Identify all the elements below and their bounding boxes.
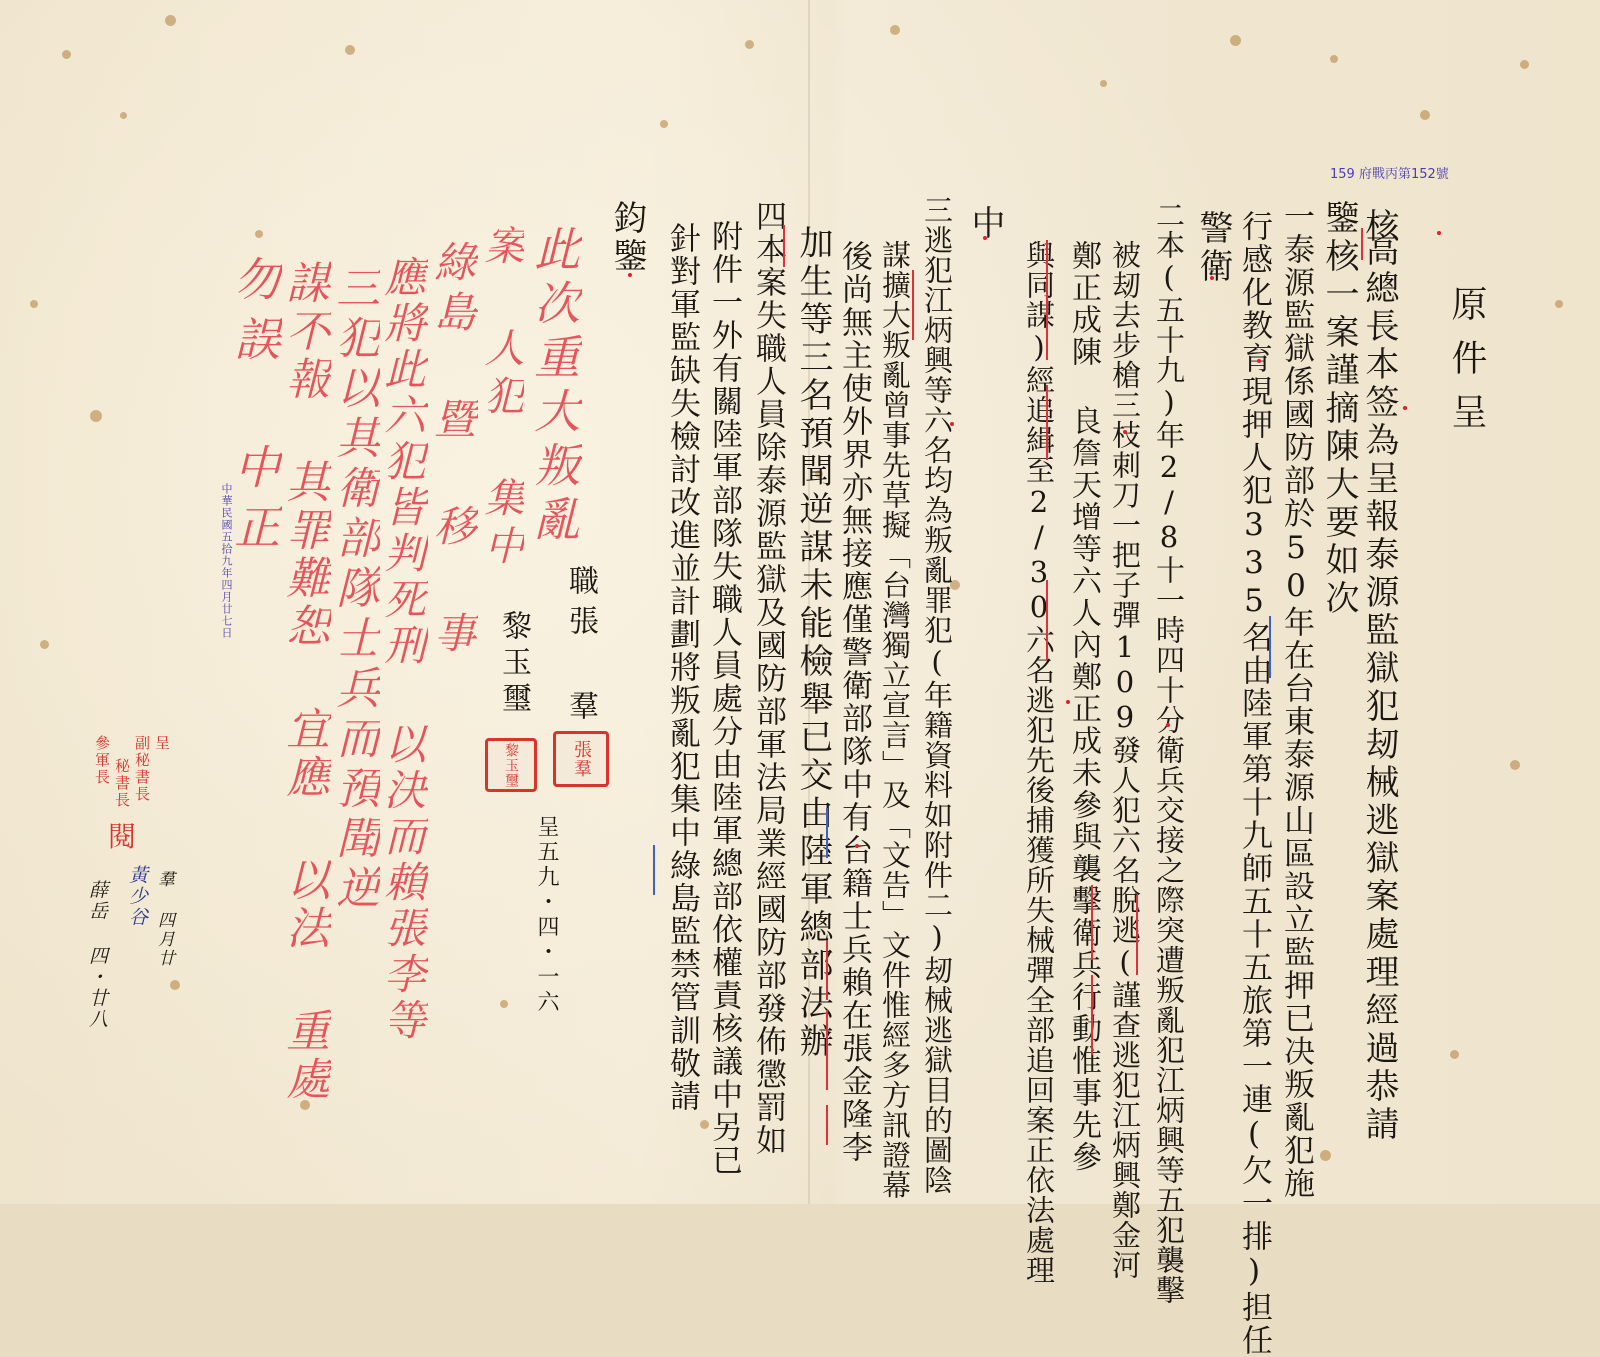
blue-margin-mark: [826, 808, 828, 858]
foxing-spot: [90, 410, 102, 422]
red-dot-mark: [1210, 276, 1214, 280]
text-column-18: 鈞鑒: [610, 200, 644, 276]
text-column-5: 警衛: [1196, 210, 1230, 286]
routing-stamp-line-1: 呈: [152, 735, 173, 752]
foxing-spot: [1330, 55, 1338, 63]
foxing-spot: [1510, 760, 1520, 770]
text-column-14: 加生等三名預聞逆謀未能檢舉已交由陸軍總部法辦: [796, 225, 830, 1061]
text-column-8: 鄭正成陳 良詹天增等六人內鄭正成未參與襲擊衛兵行動惟事先參: [1068, 240, 1098, 1173]
routing-stamp-line-3: 秘書長: [112, 758, 133, 809]
foxing-spot: [500, 1000, 508, 1008]
foxing-spot: [745, 40, 754, 49]
red-annotation-line-7: 勿誤 中正: [230, 255, 278, 563]
routing-signature-3: 薛岳 四・廿八: [84, 880, 111, 1030]
red-margin-mark: [1091, 885, 1093, 960]
blue-date-stamp: 中華民國五拾九年四月廿七日: [218, 483, 234, 639]
foxing-spot: [255, 230, 263, 238]
routing-signature-1: 羣 四月廿: [152, 870, 177, 968]
foxing-spot: [120, 112, 127, 119]
red-margin-mark: [1046, 240, 1048, 360]
routing-stamp-line-4: 參軍長: [92, 735, 113, 786]
foxing-spot: [890, 25, 900, 35]
red-dot-mark: [1123, 430, 1127, 434]
red-annotation-line-1: 此次重大叛亂: [530, 225, 578, 549]
co-signer-name: 黎玉璽: [498, 610, 528, 718]
red-dot-mark: [1437, 231, 1441, 235]
red-dot-mark: [1403, 406, 1407, 410]
red-dot-mark: [950, 422, 954, 426]
text-column-4: 行感化教育現押人犯335名由陸軍第十九師五十五旅第一連(欠一排)担任: [1238, 210, 1269, 1204]
foxing-spot: [1555, 300, 1563, 308]
text-column-7: 被刼去步槍三枝刺刀一把子彈109發人犯六名脫逃(謹查逃犯江炳興鄭金河: [1110, 240, 1139, 1204]
signer-title: 職張 羣: [565, 565, 595, 730]
red-dot-mark: [1166, 723, 1170, 727]
foxing-spot: [345, 45, 355, 55]
text-column-9: 與同謀)經追緝至2/30六名逃犯先後捕獲所失械彈全部追回案正依法處理: [1024, 240, 1053, 1204]
red-margin-mark: [1046, 580, 1048, 660]
text-column-3: 一泰源監獄係國防部於50年在台東泰源山區設立監押已决叛亂犯施: [1280, 200, 1311, 1200]
text-column-17: 針對軍監缺失檢討改進並計劃將叛亂犯集中綠島監禁管訓敬請: [666, 222, 697, 1113]
text-column-6: 二本(五十九)年2/8十一時四十分衛兵交接之際突遭叛亂犯江炳興等五犯襲擊: [1154, 200, 1183, 1204]
red-margin-mark: [912, 270, 914, 340]
submission-date: 呈五九・四・一六: [535, 815, 557, 1015]
text-column-12: 謀擴大叛亂曾事先草擬「台灣獨立宣言」及「文告」文件惟經多方訊證幕: [880, 240, 909, 1200]
seal-zhang-qun: 張羣: [553, 731, 609, 787]
foxing-spot: [170, 980, 180, 990]
routing-signature-2: 黃少谷: [124, 865, 151, 928]
foxing-spot: [62, 50, 71, 59]
heading: 原件呈: [1448, 285, 1484, 447]
archive-number: 159 府戰丙第152號: [1330, 163, 1449, 182]
read-mark: 閱: [108, 815, 136, 855]
routing-stamp-line-2: 副秘書長: [132, 735, 153, 803]
red-dot-mark: [628, 273, 632, 277]
foxing-spot: [1100, 80, 1107, 87]
red-dot-mark: [1257, 359, 1261, 363]
text-column-16: 附件一外有關陸軍部隊失職人員處分由陸軍總部依權責核議中另已: [708, 220, 739, 1177]
foxing-spot: [1320, 1150, 1331, 1161]
red-annotation-line-6: 謀不報 其罪難恕 宜應 以法 重處: [280, 260, 326, 1104]
red-dot-mark: [855, 844, 859, 848]
blue-margin-mark: [1269, 616, 1271, 678]
foxing-spot: [1450, 1050, 1459, 1059]
foxing-spot: [660, 120, 668, 128]
text-column-15: 四本案失職人員除泰源監獄及國防部軍法局業經國防部發佈懲罰如: [752, 200, 783, 1157]
foxing-spot: [30, 300, 38, 308]
text-column-13: 後尚無主使外界亦無接應僅警衛部隊中有台籍士兵賴在張金隆李: [838, 240, 869, 1164]
foxing-spot: [40, 640, 49, 649]
red-margin-mark: [826, 1105, 828, 1145]
red-margin-mark: [1361, 228, 1363, 260]
text-column-1: 高總長本签為呈報泰源監獄犯刼械逃獄案處理經過恭請: [1362, 232, 1396, 1144]
document-page: 159 府戰丙第152號 原件呈 核 高總長本签為呈報泰源監獄犯刼械逃獄案處理經…: [0, 0, 1600, 1204]
red-margin-mark: [826, 1010, 828, 1090]
red-margin-mark: [1091, 975, 1093, 1055]
red-annotation-line-2: 案 人犯 集中: [480, 225, 522, 573]
red-annotation-line-4: 應將此六犯皆判死刑 以決而賴張李等: [380, 255, 424, 1044]
foxing-spot: [1420, 110, 1430, 120]
red-annotation-line-5: 三犯以其衛部隊士兵而預聞逆: [330, 265, 376, 915]
blue-margin-mark: [653, 845, 655, 895]
red-annotation-line-3: 綠島 暨 移 事: [430, 240, 474, 661]
text-column-11: 三逃犯江炳興等六名均為叛亂罪犯(年籍資料如附件二)刼械逃獄目的圖陰: [922, 195, 951, 1195]
text-column-2: 鑒核一案謹摘陳大要如次: [1322, 200, 1356, 618]
red-dot-mark: [1066, 700, 1070, 704]
foxing-spot: [1230, 35, 1241, 46]
red-margin-mark: [1136, 895, 1138, 975]
foxing-spot: [1520, 60, 1529, 69]
red-dot-mark: [983, 236, 987, 240]
red-margin-mark: [1046, 385, 1048, 460]
foxing-spot: [165, 15, 176, 26]
red-margin-mark: [783, 225, 785, 267]
seal-li-yuxi: 黎玉璽: [485, 738, 537, 792]
red-margin-mark: [826, 940, 828, 1000]
